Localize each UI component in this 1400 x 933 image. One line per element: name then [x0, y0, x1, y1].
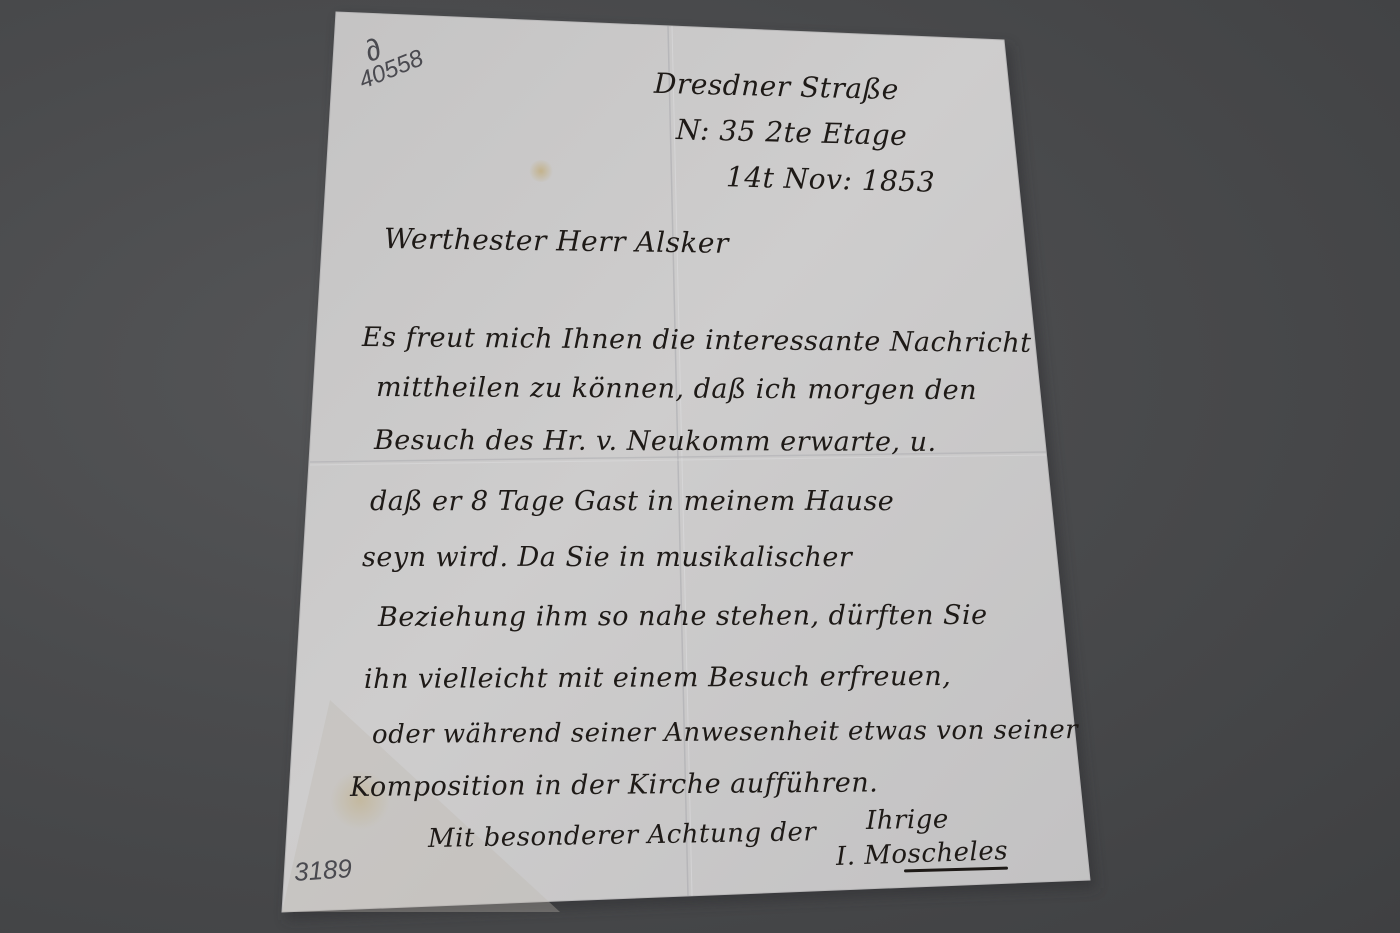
ink-stain: [528, 160, 554, 182]
header-date: 14t Nov: 1853: [726, 160, 936, 198]
body-line-8: oder während seiner Anwesenheit etwas vo…: [372, 715, 1078, 750]
body-line-5: seyn wird. Da Sie in musikalischer: [362, 542, 852, 573]
body-line-2: mittheilen zu können, daß ich morgen den: [376, 372, 977, 406]
body-line-3: Besuch des Hr. v. Neukomm erwarte, u.: [374, 425, 937, 458]
body-line-9: Komposition in der Kirche aufführen.: [350, 767, 879, 803]
body-line-7: ihn vielleicht mit einem Besuch erfreuen…: [364, 661, 951, 695]
body-line-4: daß er 8 Tage Gast in meinem Hause: [370, 486, 894, 517]
body-line-1: Es freut mich Ihnen die interessante Nac…: [362, 322, 1032, 359]
body-line-6: Beziehung ihm so nahe stehen, dürften Si…: [378, 600, 988, 633]
closing-right: Ihrige: [866, 805, 949, 836]
header-street: Dresdner Straße: [654, 67, 900, 106]
header-number-floor: N: 35 2te Etage: [676, 113, 908, 152]
salutation: Werthester Herr Alsker: [384, 222, 729, 260]
inventory-number: 3189: [293, 853, 353, 888]
